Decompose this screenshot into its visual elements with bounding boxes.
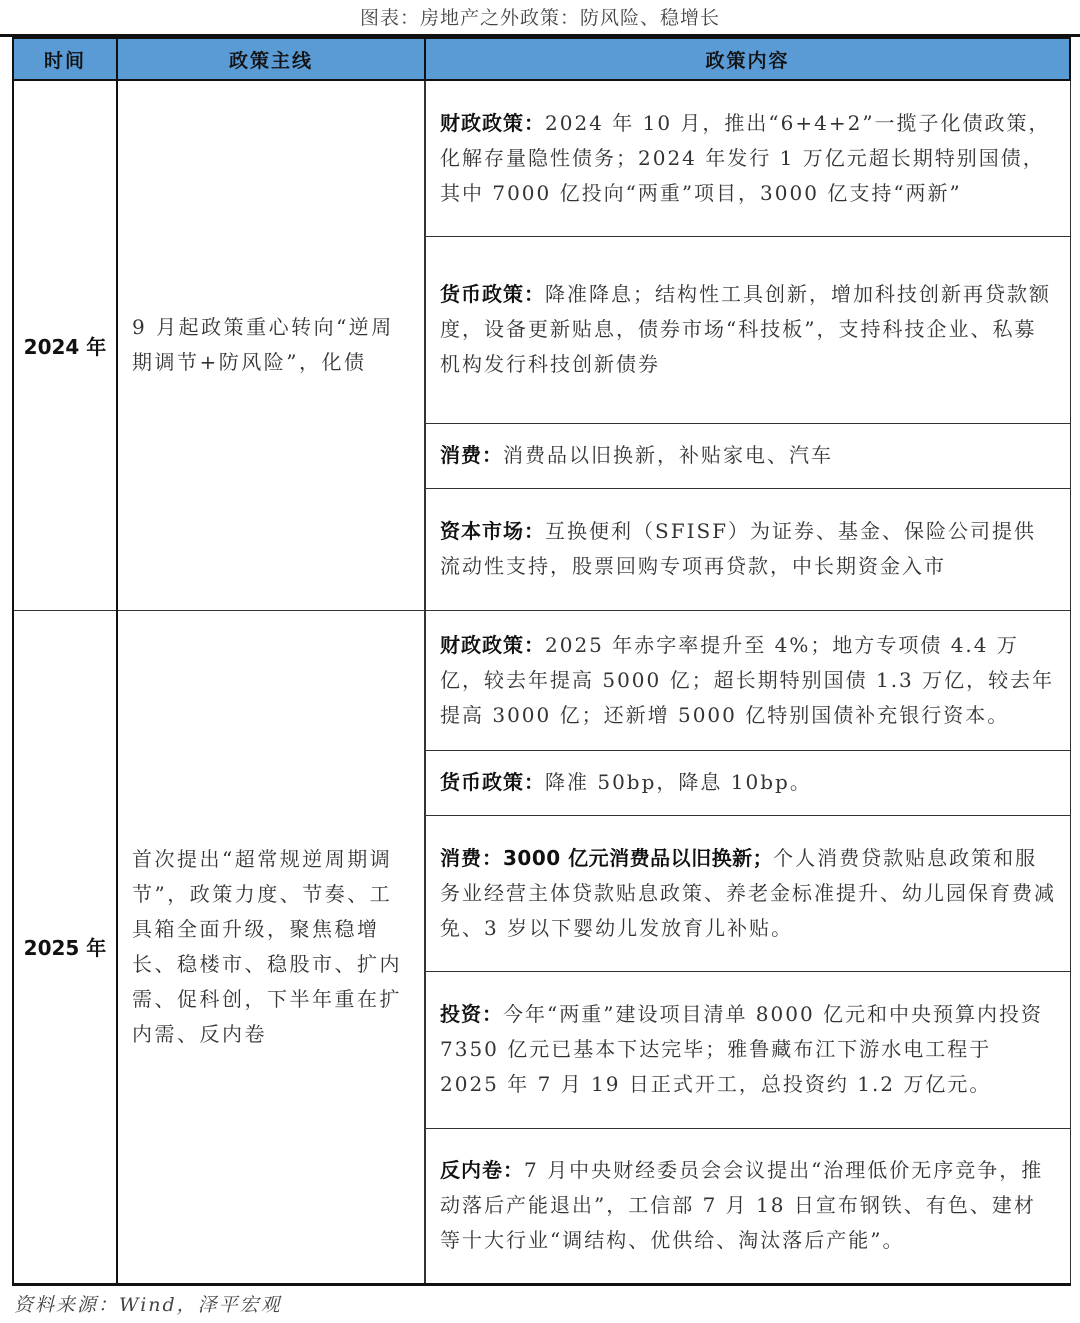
content-label: 货币政策： bbox=[440, 770, 545, 794]
content-label: 消费： bbox=[440, 443, 503, 467]
content-text: 消费品以旧换新，补贴家电、汽车 bbox=[503, 443, 833, 467]
content-cell: 货币政策：降准降息；结构性工具创新，增加科技创新再贷款额度，设备更新贴息，债券市… bbox=[425, 236, 1070, 423]
mainline-cell: 9 月起政策重心转向“逆周期调节+防风险”，化债 bbox=[117, 80, 425, 610]
content-text: 7 月中央财经委员会会议提出“治理低价无序竞争，推动落后产能退出”，工信部 7 … bbox=[440, 1158, 1043, 1252]
content-cell: 反内卷：7 月中央财经委员会会议提出“治理低价无序竞争，推动落后产能退出”，工信… bbox=[425, 1128, 1070, 1284]
header-time: 时间 bbox=[13, 38, 117, 80]
source-note: 资料来源：Wind，泽平宏观 bbox=[14, 1290, 282, 1317]
content-cell: 投资：今年“两重”建设项目清单 8000 亿元和中央预算内投资 7350 亿元已… bbox=[425, 971, 1070, 1128]
content-label: 货币政策： bbox=[440, 282, 545, 306]
table-row: 2025 年 首次提出“超常规逆周期调节”，政策力度、节奏、工具箱全面升级，聚焦… bbox=[13, 610, 1070, 750]
content-label: 财政政策： bbox=[440, 111, 545, 135]
year-cell: 2024 年 bbox=[13, 80, 117, 610]
header-mainline: 政策主线 bbox=[117, 38, 425, 80]
table-row: 2024 年 9 月起政策重心转向“逆周期调节+防风险”，化债 财政政策：202… bbox=[13, 80, 1070, 236]
content-cell: 消费：消费品以旧换新，补贴家电、汽车 bbox=[425, 423, 1070, 488]
content-text: 降准 50bp，降息 10bp。 bbox=[545, 770, 812, 794]
policy-table-container: 时间 政策主线 政策内容 2024 年 9 月起政策重心转向“逆周期调节+防风险… bbox=[12, 37, 1069, 1286]
content-cell: 货币政策：降准 50bp，降息 10bp。 bbox=[425, 750, 1070, 815]
content-cell: 资本市场：互换便利（SFISF）为证券、基金、保险公司提供流动性支持，股票回购专… bbox=[425, 488, 1070, 610]
figure-title: 图表：房地产之外政策：防风险、稳增长 bbox=[0, 4, 1080, 32]
table-header-row: 时间 政策主线 政策内容 bbox=[13, 38, 1070, 80]
policy-table: 时间 政策主线 政策内容 2024 年 9 月起政策重心转向“逆周期调节+防风险… bbox=[12, 37, 1071, 1286]
content-label: 财政政策： bbox=[440, 633, 545, 657]
year-cell: 2025 年 bbox=[13, 610, 117, 1284]
header-content: 政策内容 bbox=[425, 38, 1070, 80]
mainline-cell: 首次提出“超常规逆周期调节”，政策力度、节奏、工具箱全面升级，聚焦稳增长、稳楼市… bbox=[117, 610, 425, 1284]
content-cell: 财政政策：2024 年 10 月，推出“6+4+2”一揽子化债政策，化解存量隐性… bbox=[425, 80, 1070, 236]
content-label: 投资： bbox=[440, 1002, 503, 1026]
content-cell: 财政政策：2025 年赤字率提升至 4%；地方专项债 4.4 万亿，较去年提高 … bbox=[425, 610, 1070, 750]
content-highlight: 3000 亿元消费品以旧换新； bbox=[503, 846, 773, 870]
content-cell: 消费：3000 亿元消费品以旧换新；个人消费贷款贴息政策和服务业经营主体贷款贴息… bbox=[425, 815, 1070, 971]
content-label: 消费： bbox=[440, 846, 503, 870]
content-label: 反内卷： bbox=[440, 1158, 524, 1182]
content-text: 今年“两重”建设项目清单 8000 亿元和中央预算内投资 7350 亿元已基本下… bbox=[440, 1002, 1043, 1096]
content-label: 资本市场： bbox=[440, 519, 545, 543]
